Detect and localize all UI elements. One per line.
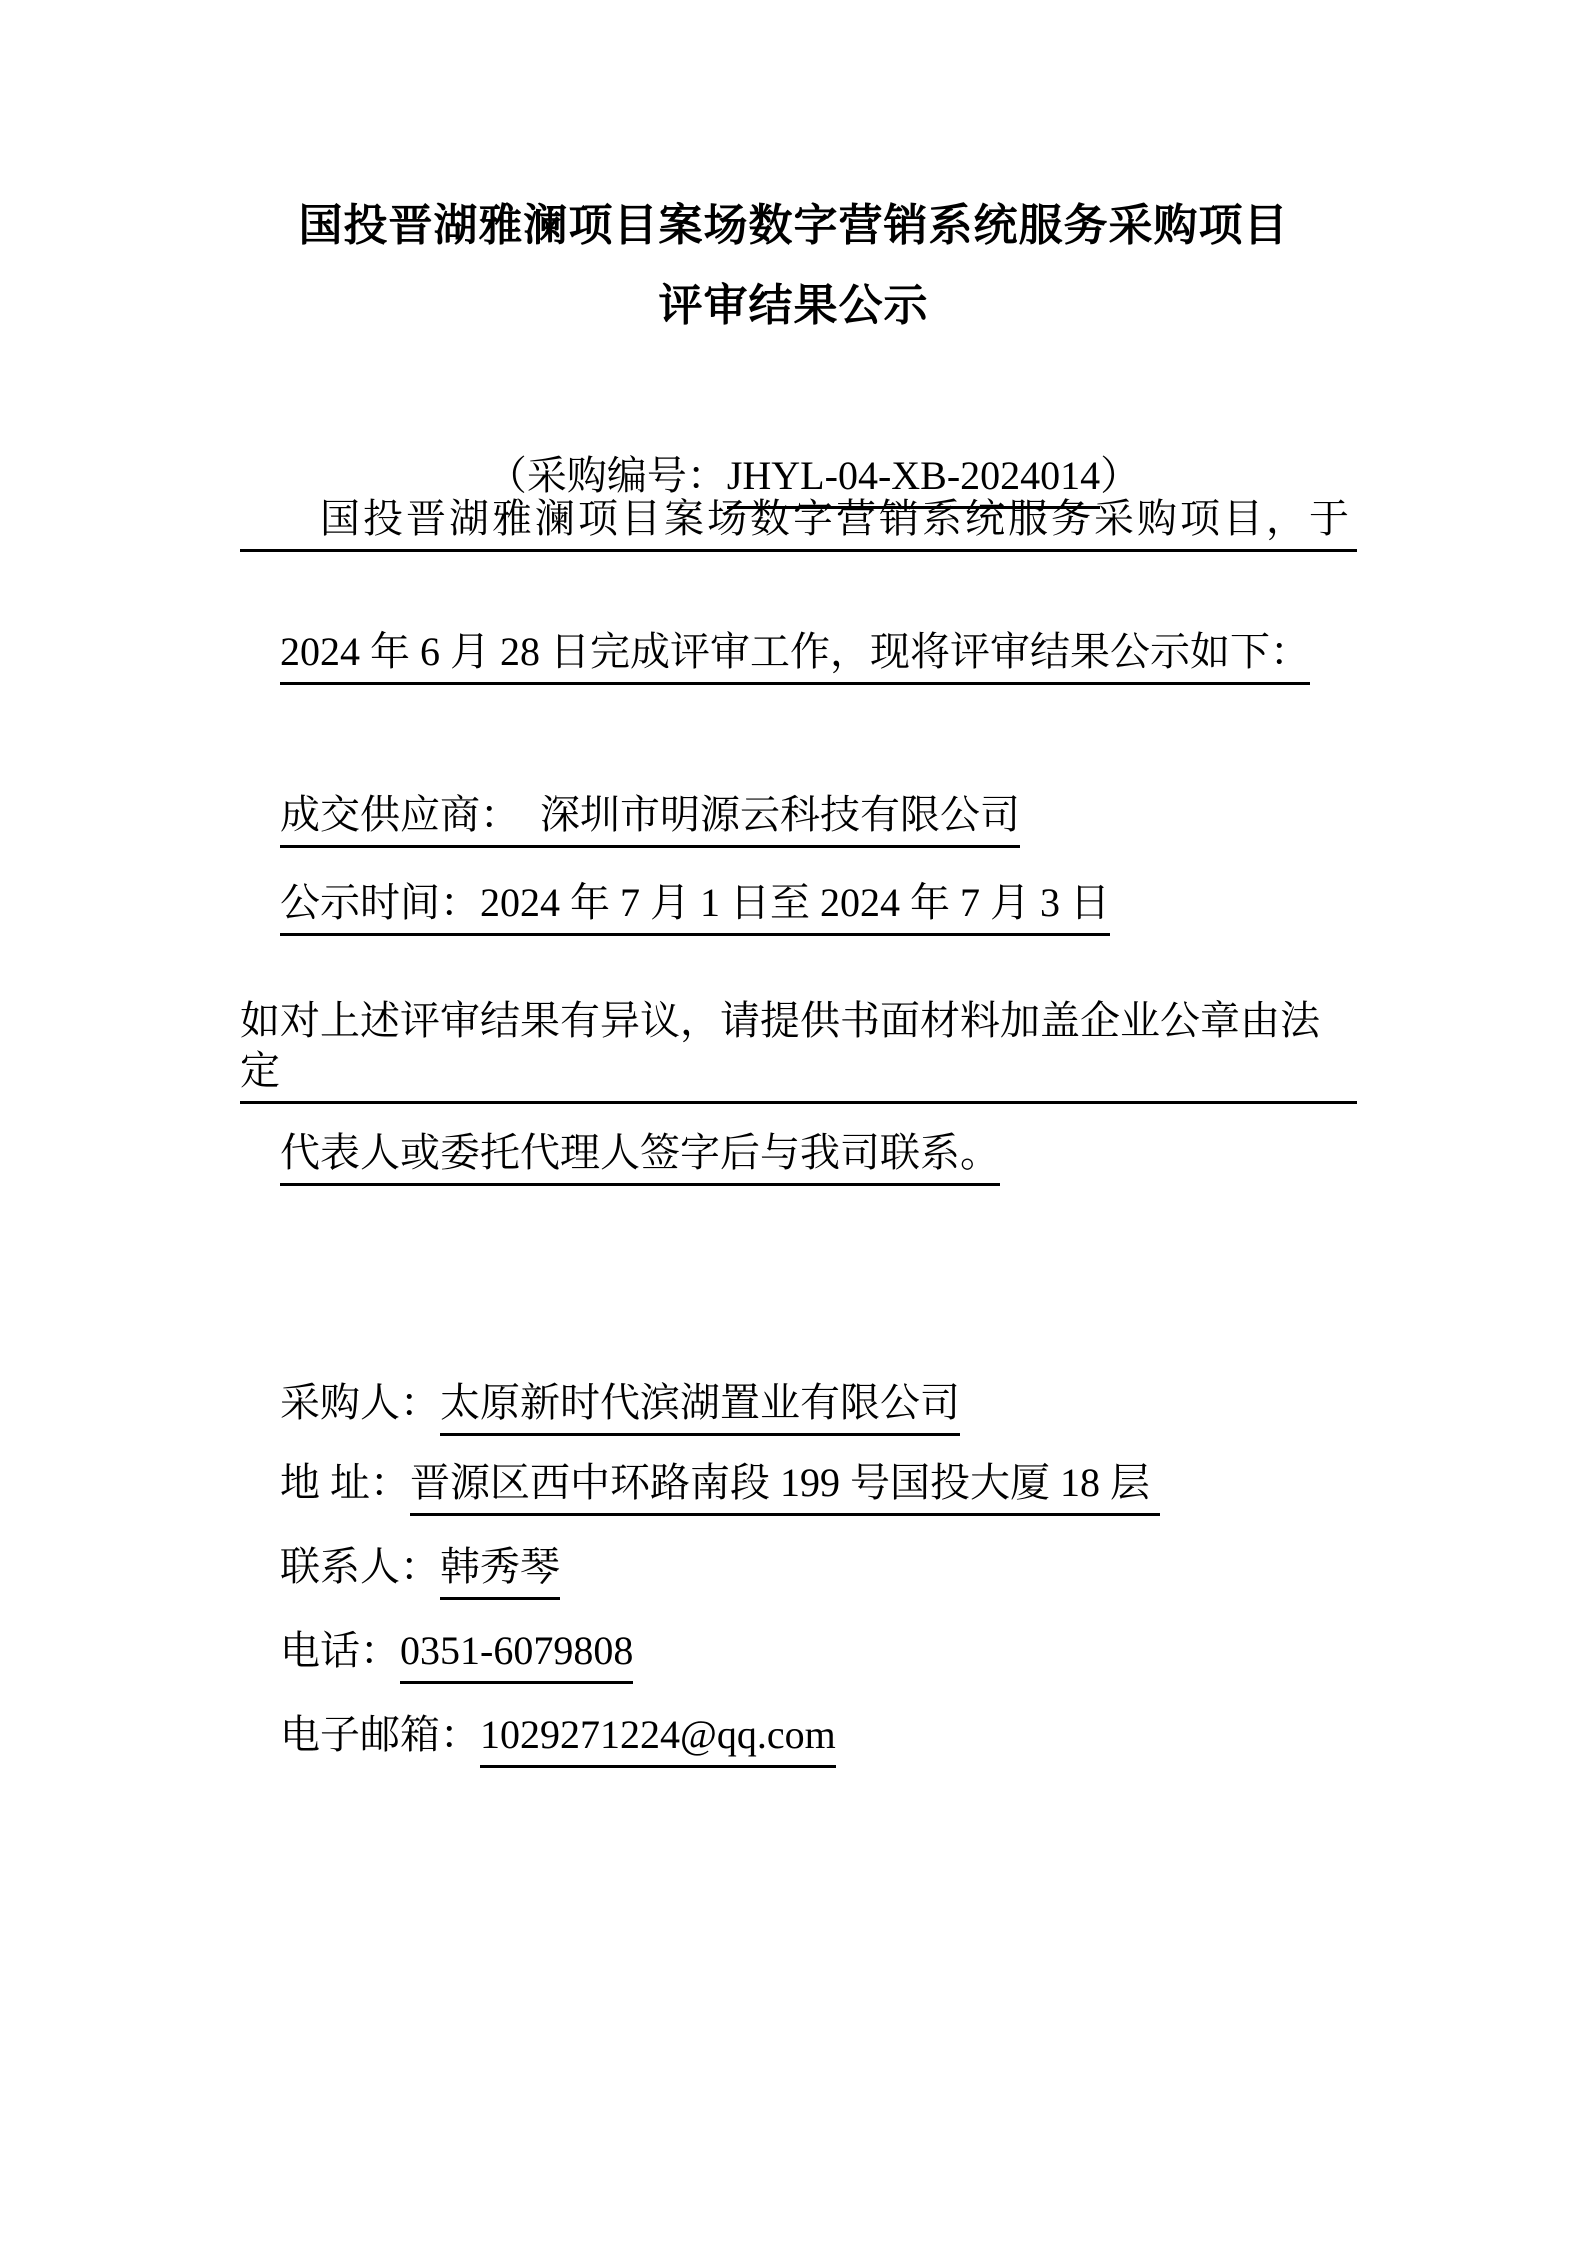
reference-prefix: （采购编号： bbox=[487, 453, 727, 498]
objection-line2: 代表人或委托代理人签字后与我司联系。 bbox=[240, 1078, 1357, 1236]
email-value: 1029271224@qq.com bbox=[480, 1710, 836, 1768]
publicity-period-text: 公示时间：2024 年 7 月 1 日至 2024 年 7 月 3 日 bbox=[280, 878, 1110, 936]
intro-paragraph-line1: 国投晋湖雅澜项目案场数字营销系统服务采购项目，于 bbox=[240, 494, 1357, 552]
intro-line2-text: 2024 年 6 月 28 日完成评审工作，现将评审结果公示如下： bbox=[280, 627, 1310, 685]
document-title-line2: 评审结果公示 bbox=[0, 278, 1587, 333]
email-line: 电子邮箱：1029271224@qq.com bbox=[240, 1660, 1357, 1818]
email-label: 电子邮箱： bbox=[280, 1710, 480, 1760]
objection-line2-text: 代表人或委托代理人签字后与我司联系。 bbox=[280, 1128, 1000, 1186]
publicity-period-line: 公示时间：2024 年 7 月 1 日至 2024 年 7 月 3 日 bbox=[240, 828, 1357, 986]
intro-paragraph-line2: 2024 年 6 月 28 日完成评审工作，现将评审结果公示如下： bbox=[240, 577, 1357, 735]
reference-suffix: ） bbox=[1100, 453, 1140, 498]
document-page: 国投晋湖雅澜项目案场数字营销系统服务采购项目 评审结果公示 （采购编号：JHYL… bbox=[0, 0, 1587, 2245]
document-title-line1: 国投晋湖雅澜项目案场数字营销系统服务采购项目 bbox=[0, 198, 1587, 253]
